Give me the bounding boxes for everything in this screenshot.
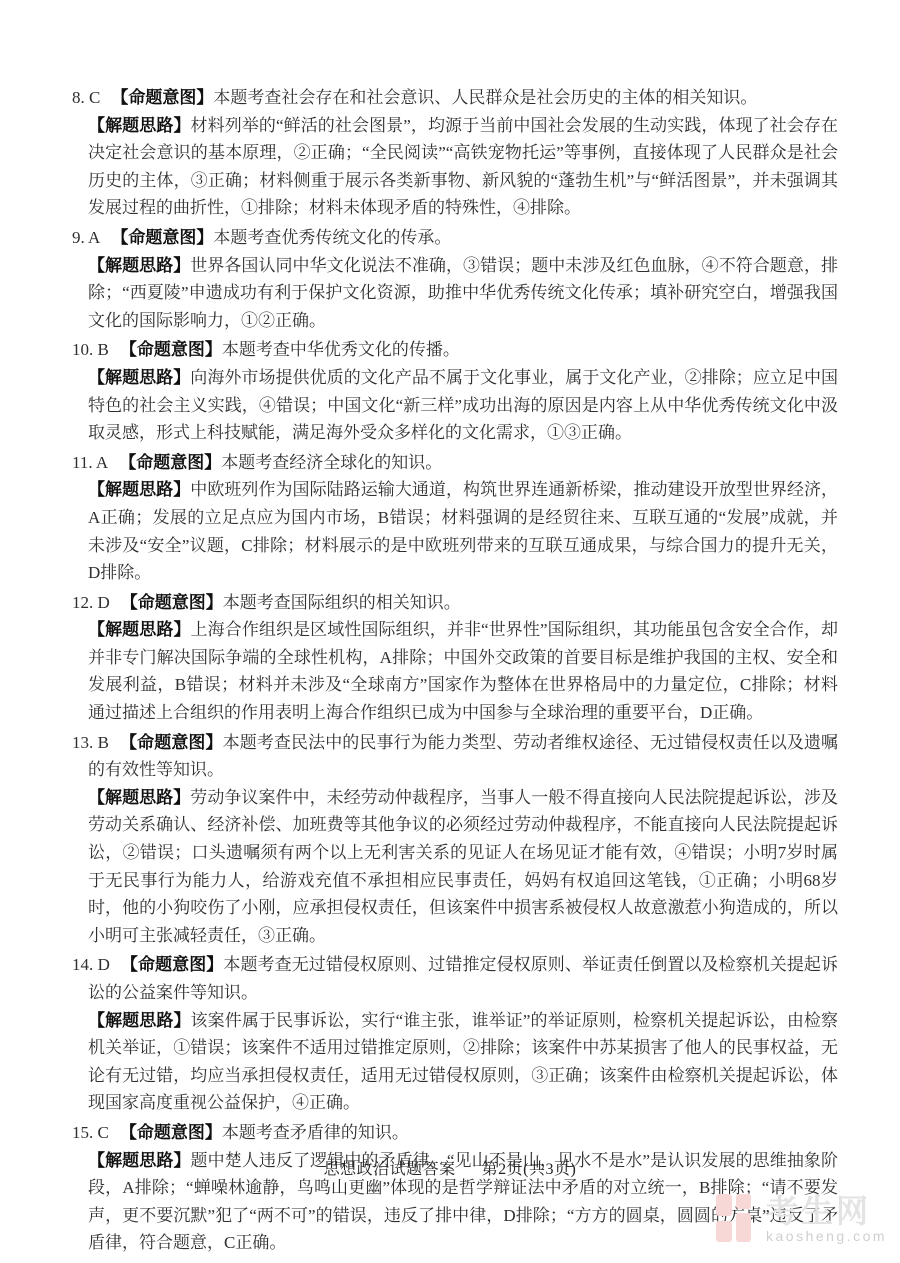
intent-text: 本题考查矛盾律的知识。	[222, 1123, 409, 1142]
intent-label: 【命题意图】	[119, 453, 221, 472]
logo-square	[716, 1194, 732, 1216]
analysis-paragraph: 【解题思路】中欧班列作为国际陆路运输大通道，构筑世界连通新桥梁，推动建设开放型世…	[88, 476, 838, 586]
footer-page-number: 第2页(共3页)	[482, 1161, 577, 1178]
intent-text: 本题考查优秀传统文化的传承。	[213, 228, 451, 247]
intent-paragraph: 13. B【命题意图】本题考查民法中的民事行为能力类型、劳动者维权途径、无过错侵…	[88, 729, 838, 784]
intent-text: 本题考查国际组织的相关知识。	[223, 593, 461, 612]
analysis-text: 世界各国认同中华文化说法不准确，③错误；题中未涉及红色血脉，④不符合题意，排除；…	[88, 256, 838, 330]
watermark-text: 考生网 kaosheng.com	[766, 1194, 887, 1244]
logo-square	[736, 1194, 751, 1209]
intent-label: 【命题意图】	[121, 593, 223, 612]
analysis-paragraph: 【解题思路】上海合作组织是区域性国际组织，并非“世界性”国际组织，其功能虽包含安…	[88, 616, 838, 726]
analysis-paragraph: 【解题思路】向海外市场提供优质的文化产品不属于文化事业，属于文化产业，②排除；应…	[88, 364, 838, 447]
analysis-label: 【解题思路】	[88, 1011, 191, 1030]
watermark: 考生网 kaosheng.com	[716, 1194, 887, 1244]
logo-square	[736, 1213, 751, 1242]
intent-label: 【命题意图】	[120, 340, 222, 359]
analysis-paragraph: 【解题思路】世界各国认同中华文化说法不准确，③错误；题中未涉及红色血脉，④不符合…	[88, 252, 838, 335]
intent-paragraph: 11. A【命题意图】本题考查经济全球化的知识。	[88, 449, 838, 477]
watermark-site-name: 考生网	[766, 1194, 887, 1228]
question-number: 14. D	[72, 955, 110, 974]
answer-item-9: 9. A【命题意图】本题考查优秀传统文化的传承。 【解题思路】世界各国认同中华文…	[88, 224, 838, 334]
intent-label: 【命题意图】	[120, 733, 223, 752]
analysis-label: 【解题思路】	[88, 116, 191, 135]
intent-paragraph: 10. B【命题意图】本题考查中华优秀文化的传播。	[88, 336, 838, 364]
analysis-label: 【解题思路】	[88, 368, 190, 387]
question-number: 12. D	[72, 593, 110, 612]
analysis-text: 中欧班列作为国际陆路运输大通道，构筑世界连通新桥梁，推动建设开放型世界经济，A正…	[88, 480, 838, 582]
intent-paragraph: 8. C【命题意图】本题考查社会存在和社会意识、人民群众是社会历史的主体的相关知…	[88, 84, 838, 112]
analysis-paragraph: 【解题思路】材料列举的“鲜活的社会图景”，均源于当前中国社会发展的生动实践，体现…	[88, 112, 838, 222]
analysis-text: 劳动争议案件中，未经劳动仲裁程序，当事人一般不得直接向人民法院提起诉讼，涉及劳动…	[88, 788, 838, 945]
question-number: 13. B	[72, 733, 109, 752]
analysis-text: 该案件属于民事诉讼，实行“谁主张，谁举证”的举证原则，检察机关提起诉讼，由检察机…	[88, 1011, 838, 1113]
question-number: 10. B	[72, 340, 109, 359]
question-number: 9. A	[72, 228, 100, 247]
analysis-text: 向海外市场提供优质的文化产品不属于文化事业，属于文化产业，②排除；应立足中国特色…	[88, 368, 838, 442]
footer-doc-title: 思想政治试题答案	[324, 1161, 456, 1178]
analysis-label: 【解题思路】	[88, 788, 190, 807]
intent-label: 【命题意图】	[111, 88, 213, 107]
question-number: 15. C	[72, 1123, 109, 1142]
analysis-paragraph: 【解题思路】该案件属于民事诉讼，实行“谁主张，谁举证”的举证原则，检察机关提起诉…	[88, 1007, 838, 1117]
intent-paragraph: 12. D【命题意图】本题考查国际组织的相关知识。	[88, 589, 838, 617]
answer-item-12: 12. D【命题意图】本题考查国际组织的相关知识。 【解题思路】上海合作组织是区…	[88, 589, 838, 727]
answers-list: 8. C【命题意图】本题考查社会存在和社会意识、人民群众是社会历史的主体的相关知…	[0, 84, 900, 1259]
intent-label: 【命题意图】	[121, 955, 224, 974]
intent-label: 【命题意图】	[111, 228, 213, 247]
intent-paragraph: 9. A【命题意图】本题考查优秀传统文化的传承。	[88, 224, 838, 252]
analysis-label: 【解题思路】	[88, 256, 190, 275]
intent-label: 【命题意图】	[120, 1123, 222, 1142]
analysis-paragraph: 【解题思路】劳动争议案件中，未经劳动仲裁程序，当事人一般不得直接向人民法院提起诉…	[88, 784, 838, 950]
logo-square	[716, 1221, 732, 1242]
question-number: 11. A	[72, 453, 108, 472]
answer-item-14: 14. D【命题意图】本题考查无过错侵权原则、过错推定侵权原则、举证责任倒置以及…	[88, 951, 838, 1117]
intent-text: 本题考查经济全球化的知识。	[221, 453, 442, 472]
analysis-text: 上海合作组织是区域性国际组织，并非“世界性”国际组织，其功能虽包含安全合作，却并…	[88, 620, 838, 722]
answer-item-8: 8. C【命题意图】本题考查社会存在和社会意识、人民群众是社会历史的主体的相关知…	[88, 84, 838, 222]
question-number: 8. C	[72, 88, 100, 107]
kaosheng-logo-icon	[716, 1194, 752, 1243]
answer-item-10: 10. B【命题意图】本题考查中华优秀文化的传播。 【解题思路】向海外市场提供优…	[88, 336, 838, 446]
analysis-label: 【解题思路】	[88, 620, 191, 639]
answer-item-13: 13. B【命题意图】本题考查民法中的民事行为能力类型、劳动者维权途径、无过错侵…	[88, 729, 838, 950]
document-page: 8. C【命题意图】本题考查社会存在和社会意识、人民群众是社会历史的主体的相关知…	[0, 0, 900, 1263]
watermark-site-url: kaosheng.com	[766, 1229, 887, 1244]
intent-text: 本题考查社会存在和社会意识、人民群众是社会历史的主体的相关知识。	[213, 88, 757, 107]
intent-paragraph: 14. D【命题意图】本题考查无过错侵权原则、过错推定侵权原则、举证责任倒置以及…	[88, 951, 838, 1006]
analysis-label: 【解题思路】	[88, 480, 190, 499]
page-footer: 思想政治试题答案第2页(共3页)	[0, 1156, 900, 1179]
answer-item-11: 11. A【命题意图】本题考查经济全球化的知识。 【解题思路】中欧班列作为国际陆…	[88, 449, 838, 587]
analysis-text: 材料列举的“鲜活的社会图景”，均源于当前中国社会发展的生动实践，体现了社会存在决…	[88, 116, 838, 218]
intent-text: 本题考查中华优秀文化的传播。	[222, 340, 460, 359]
intent-paragraph: 15. C【命题意图】本题考查矛盾律的知识。	[88, 1119, 838, 1147]
